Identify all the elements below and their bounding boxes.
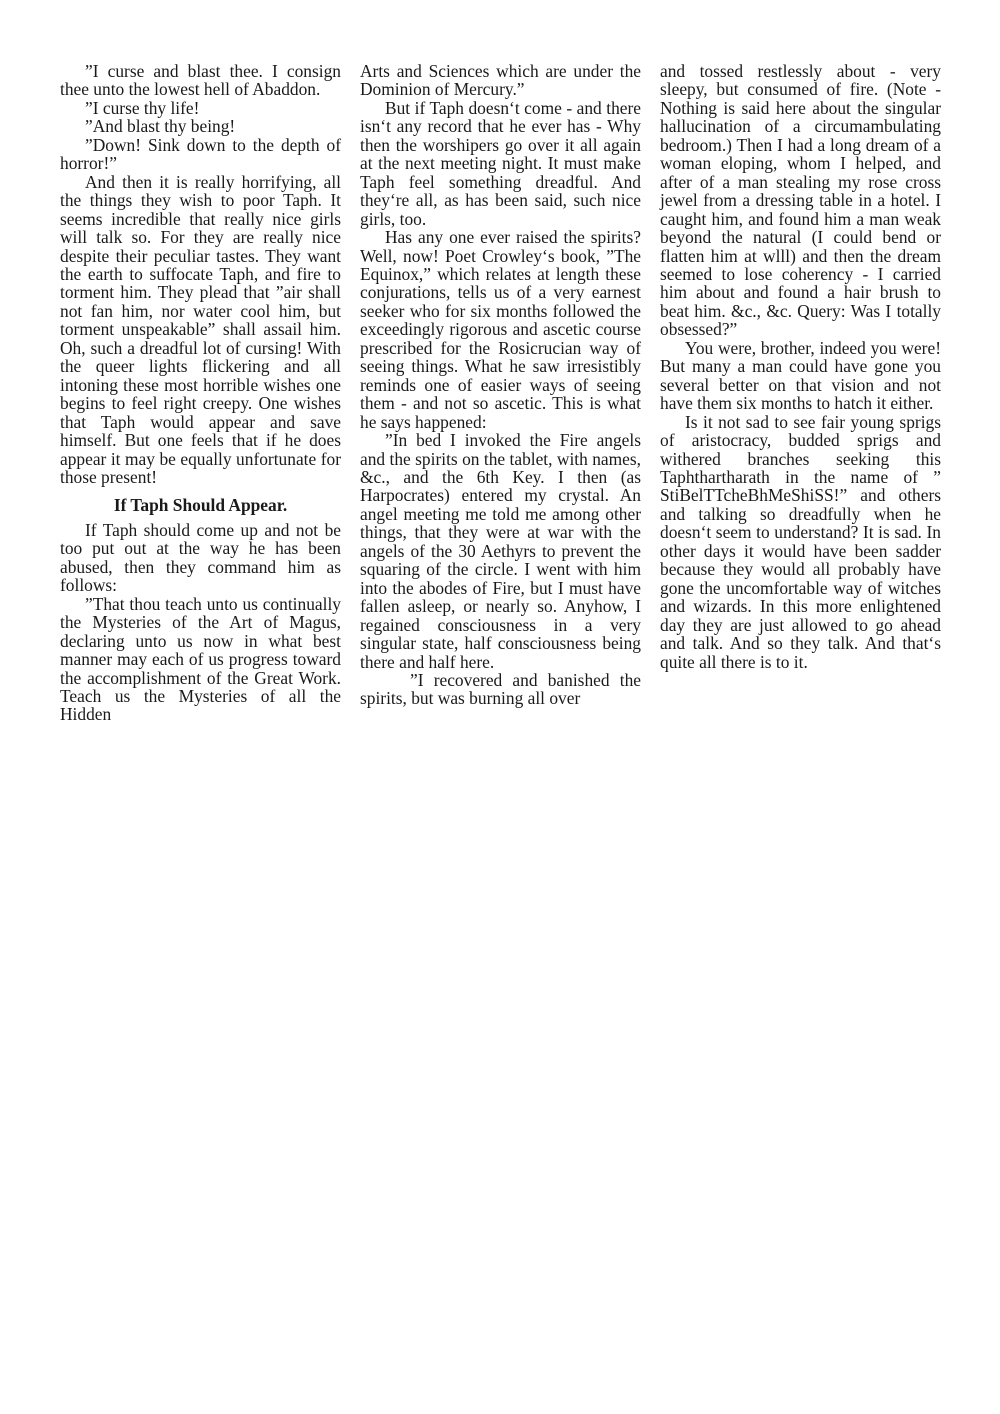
column-2: Arts and Sciences which are under the Do… <box>360 62 641 708</box>
paragraph: ”I curse thy life! <box>60 99 341 117</box>
paragraph: If Taph should come up and not be too pu… <box>60 521 341 595</box>
paragraph: Has any one ever raised the spirits? Wel… <box>360 228 641 431</box>
paragraph: ”Down! Sink down to the depth of horror!… <box>60 136 341 173</box>
column-3: and tossed restlessly about - very sleep… <box>660 62 941 671</box>
document-page: ”I curse and blast thee. I consign thee … <box>0 0 1000 1414</box>
paragraph: ”That thou teach unto us continually the… <box>60 595 341 724</box>
section-heading: If Taph Should Appear. <box>60 496 341 514</box>
paragraph: But if Taph doesn‘t come - and there isn… <box>360 99 641 228</box>
paragraph: ”I recovered and banished the spirits, b… <box>360 671 641 708</box>
paragraph: ”In bed I invoked the Fire angels and th… <box>360 431 641 671</box>
paragraph: ”I curse and blast thee. I consign thee … <box>60 62 341 99</box>
paragraph-continuation: and tossed restlessly about - very sleep… <box>660 62 941 339</box>
paragraph: Is it not sad to see fair young sprigs o… <box>660 413 941 671</box>
paragraph: You were, brother, indeed you were! But … <box>660 339 941 413</box>
paragraph: And then it is really horrifying, all th… <box>60 173 341 487</box>
column-1: ”I curse and blast thee. I consign thee … <box>60 62 341 724</box>
paragraph: ”And blast thy being! <box>60 117 341 135</box>
paragraph-continuation: Arts and Sciences which are under the Do… <box>360 62 641 99</box>
